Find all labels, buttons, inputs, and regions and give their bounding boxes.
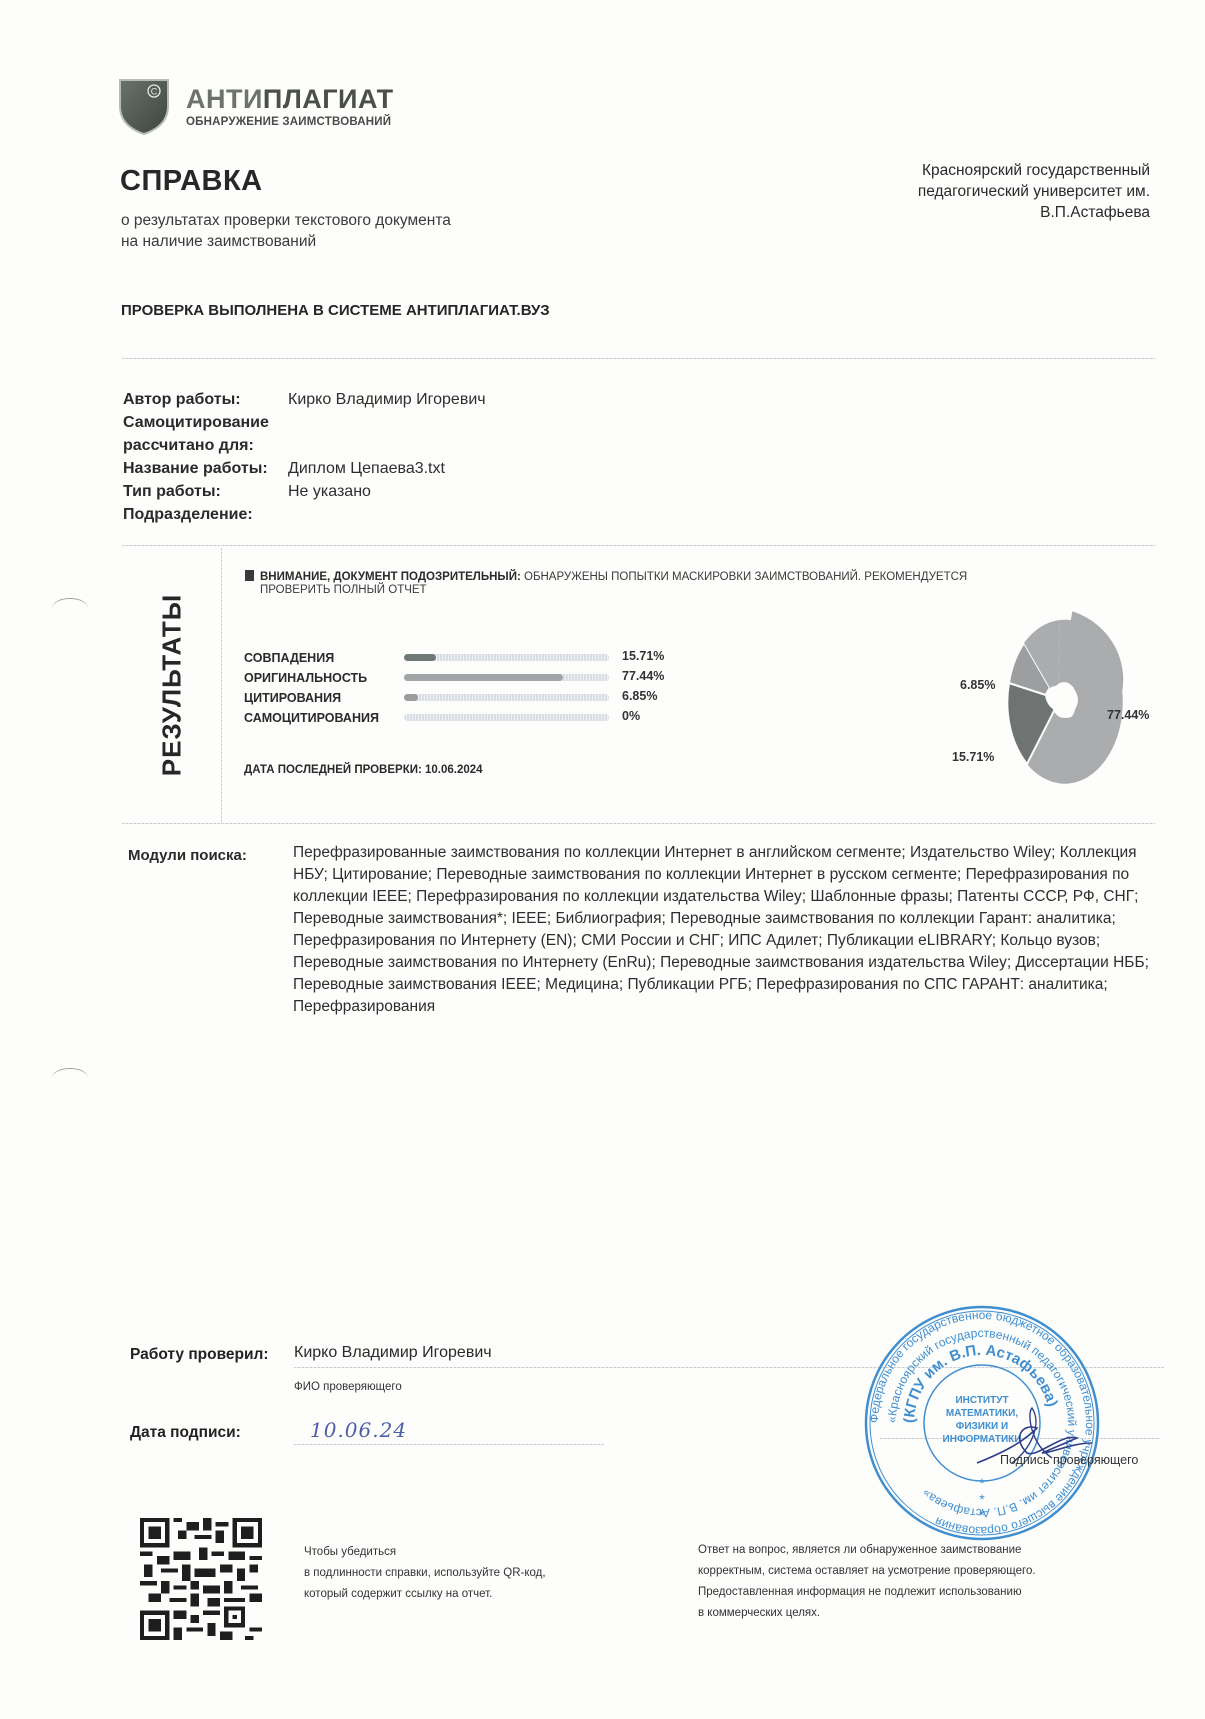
antiplagiat-logo: C АНТИПЛАГИАТ ОБНАРУЖЕНИЕ ЗАИМСТВОВАНИЙ <box>118 74 398 144</box>
stamp-seal-icon: Федеральное государственное бюджетное об… <box>862 1303 1102 1543</box>
pie-label-matches: 15.71% <box>952 750 994 764</box>
progress-bar <box>404 674 609 681</box>
shield-copyright-icon: C <box>118 76 170 136</box>
progress-fill <box>404 654 436 661</box>
svg-text:ФИЗИКИ И: ФИЗИКИ И <box>956 1421 1008 1432</box>
pie-label-citations: 6.85% <box>960 678 995 692</box>
work-title-value: Диплом Цепаева3.txt <box>288 457 445 480</box>
signature-caption: Подпись проверяющего <box>1000 1453 1138 1467</box>
logo-brand-text: АНТИПЛАГИАТ <box>186 86 394 113</box>
sign-date-handwritten: 10.06.24 <box>310 1418 407 1442</box>
university-name: Красноярский государственный педагогичес… <box>790 160 1150 223</box>
divider <box>122 545 1155 546</box>
svg-text:*: * <box>979 1475 985 1491</box>
checked-by-value: Кирко Владимир Игоревич <box>294 1344 492 1362</box>
suspicious-warning: ВНИМАНИЕ, ДОКУМЕНТ ПОДОЗРИТЕЛЬНЫЙ: ОБНАР… <box>245 570 1145 597</box>
work-type-label: Тип работы: <box>123 480 288 503</box>
warning-square-icon <box>245 570 254 581</box>
fio-caption: ФИО проверяющего <box>294 1381 402 1393</box>
info-row-title: Название работы: Диплом Цепаева3.txt <box>123 457 486 480</box>
punch-hole-mark <box>52 598 88 618</box>
logo-tagline: ОБНАРУЖЕНИЕ ЗАИМСТВОВАНИЙ <box>186 116 391 128</box>
qr-code-icon <box>140 1518 262 1640</box>
svg-text:МАТЕМАТИКИ,: МАТЕМАТИКИ, <box>946 1408 1018 1419</box>
progress-fill <box>404 674 563 681</box>
system-heading: ПРОВЕРКА ВЫПОЛНЕНА В СИСТЕМЕ АНТИПЛАГИАТ… <box>121 302 550 319</box>
sign-date-label: Дата подписи: <box>130 1424 241 1442</box>
progress-bar <box>404 714 609 721</box>
metrics-list: СОВПАДЕНИЯ 15.71% ОРИГИНАЛЬНОСТЬ 77.44% … <box>244 648 744 728</box>
svg-text:ИНСТИТУТ: ИНСТИТУТ <box>955 1395 1008 1406</box>
work-type-value: Не указано <box>288 480 371 503</box>
qr-code[interactable] <box>140 1518 262 1640</box>
results-donut-chart: 6.85% 77.44% 15.71% <box>942 598 1142 798</box>
metric-matches: СОВПАДЕНИЯ 15.71% <box>244 648 744 668</box>
svg-text:*: * <box>979 1491 985 1507</box>
info-row-department: Подразделение: <box>123 503 486 526</box>
selfcite-label: Самоцитирование рассчитано для: <box>123 411 288 457</box>
progress-bar <box>404 694 609 701</box>
svg-text:*: * <box>979 1507 985 1523</box>
metric-self-citations: САМОЦИТИРОВАНИЯ 0% <box>244 708 744 728</box>
modules-label: Модули поиска: <box>128 847 247 864</box>
info-row-selfcite: Самоцитирование рассчитано для: <box>123 411 486 457</box>
page-title: СПРАВКА <box>120 165 263 198</box>
page-subtitle: о результатах проверки текстового докуме… <box>121 210 451 252</box>
results-section: РЕЗУЛЬТАТЫ ВНИМАНИЕ, ДОКУМЕНТ ПОДОЗРИТЕЛ… <box>122 548 1155 823</box>
info-row-author: Автор работы: Кирко Владимир Игоревич <box>123 388 486 411</box>
modules-list-text: Перефразированные заимствования по колле… <box>293 842 1153 1018</box>
divider <box>122 823 1155 824</box>
divider <box>122 358 1155 359</box>
svg-text:ИНФОРМАТИКИ: ИНФОРМАТИКИ <box>943 1434 1022 1445</box>
author-label: Автор работы: <box>123 388 288 411</box>
sign-date-underline <box>294 1444 604 1445</box>
donut-segments <box>942 598 1142 798</box>
metric-originality: ОРИГИНАЛЬНОСТЬ 77.44% <box>244 668 744 688</box>
results-vertical-label: РЕЗУЛЬТАТЫ <box>122 548 222 823</box>
author-value: Кирко Владимир Игоревич <box>288 388 486 411</box>
disclaimer: Ответ на вопрос, является ли обнаруженно… <box>698 1540 1036 1624</box>
checked-by-label: Работу проверил: <box>130 1346 269 1364</box>
work-title-label: Название работы: <box>123 457 288 480</box>
document-info: Автор работы: Кирко Владимир Игоревич Са… <box>123 388 486 526</box>
results-divider-vertical <box>221 548 222 823</box>
last-check-date: ДАТА ПОСЛЕДНЕЙ ПРОВЕРКИ: 10.06.2024 <box>244 764 483 776</box>
metric-citations: ЦИТИРОВАНИЯ 6.85% <box>244 688 744 708</box>
qr-instructions: Чтобы убедиться в подлинности справки, и… <box>304 1542 546 1605</box>
pie-label-originality: 77.44% <box>1107 708 1149 722</box>
info-row-type: Тип работы: Не указано <box>123 480 486 503</box>
department-label: Подразделение: <box>123 503 288 526</box>
progress-fill <box>404 694 418 701</box>
svg-text:C: C <box>151 87 158 97</box>
official-stamp: Федеральное государственное бюджетное об… <box>862 1303 1102 1543</box>
progress-bar <box>404 654 609 661</box>
punch-hole-mark <box>52 1068 88 1088</box>
